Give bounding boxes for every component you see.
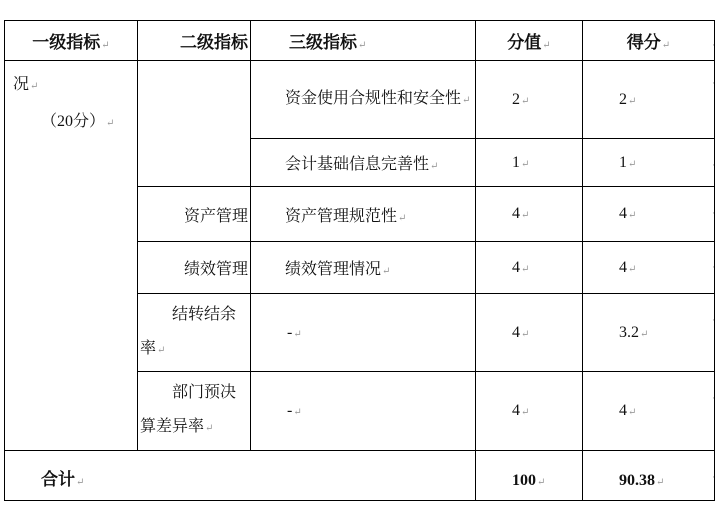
score-cell: 2↵ [476,61,583,139]
level2-cell-empty [138,61,251,187]
level3-cell: 资产管理规范性↵ [251,187,476,242]
got-cell: 4↵ [583,372,715,451]
header-row: 一级指标↵ 二级指标 三级指标↵ 分值↵ 得分↵ [5,21,715,61]
header-level2: 二级指标 [138,21,251,61]
got-cell: 1↵ [583,139,715,187]
row-end-mark: · [712,40,718,50]
table-row: 况↵ （20分）↵ 资金使用合规性和安全性↵ 2↵ 2↵ [5,61,715,139]
header-level1: 一级指标↵ [5,21,138,61]
total-row: 合计↵ 100↵ 90.38↵ [5,451,715,501]
level3-cell: -↵ [251,372,476,451]
level3-cell: -↵ [251,294,476,372]
header-level3: 三级指标↵ [251,21,476,61]
level2-cell: 资产管理 [138,187,251,242]
score-table: 一级指标↵ 二级指标 三级指标↵ 分值↵ 得分↵ 况↵ （20分）↵ 资金使用合… [4,20,715,501]
got-cell: 4↵ [583,242,715,294]
got-cell: 4↵ [583,187,715,242]
row-end-mark: · [712,160,718,170]
header-got: 得分↵ [583,21,715,61]
got-cell: 2↵ [583,61,715,139]
row-end-mark: · [712,262,718,272]
score-cell: 4↵ [476,242,583,294]
total-score: 100↵ [476,451,583,501]
level2-cell: 部门预决算差异率↵ [138,372,251,451]
level2-cell: 结转结余率↵ [138,294,251,372]
total-got: 90.38↵ [583,451,715,501]
row-end-mark: · [712,393,718,403]
level2-cell: 绩效管理 [138,242,251,294]
score-cell: 1↵ [476,139,583,187]
header-score: 分值↵ [476,21,583,61]
score-cell: 4↵ [476,294,583,372]
row-end-mark: · [712,208,718,218]
got-cell: 3.2↵ [583,294,715,372]
row-end-mark: · [712,472,718,482]
level1-cell: 况↵ （20分）↵ [5,61,138,451]
level3-cell: 绩效管理情况↵ [251,242,476,294]
score-cell: 4↵ [476,372,583,451]
total-label: 合计↵ [5,451,476,501]
row-end-mark: · [712,78,718,88]
level3-cell: 会计基础信息完善性↵ [251,139,476,187]
row-end-mark: · [712,315,718,325]
level3-cell: 资金使用合规性和安全性↵ [251,61,476,139]
score-cell: 4↵ [476,187,583,242]
